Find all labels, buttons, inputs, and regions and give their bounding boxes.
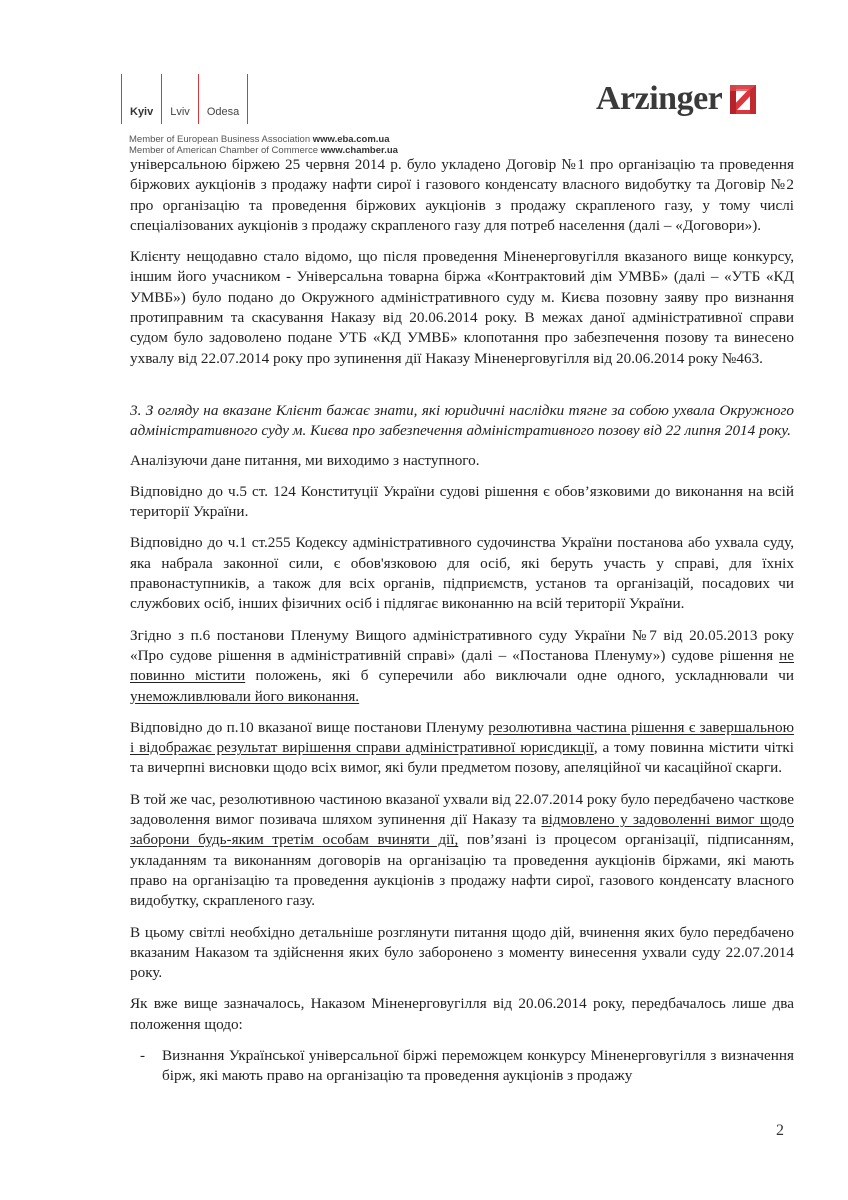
logo-text: Arzinger xyxy=(596,80,722,118)
paragraph: Відповідно до п.10 вказаної вище постано… xyxy=(130,718,794,779)
paragraph: Як вже вище зазначалось, Наказом Міненер… xyxy=(130,994,794,1035)
paragraph: Аналізуючи дане питання, ми виходимо з н… xyxy=(130,451,794,471)
city-kyiv: Kyiv xyxy=(122,106,161,124)
city-odesa: Odesa xyxy=(199,106,247,124)
page-number: 2 xyxy=(776,1122,784,1140)
section-heading: 3. З огляду на вказане Клієнт бажає знат… xyxy=(130,401,794,442)
office-cities: Kyiv Lviv Odesa xyxy=(121,74,248,124)
membership-eba: Member of European Business Association … xyxy=(129,134,398,145)
bullet-dash: - xyxy=(130,1046,162,1087)
paragraph: Відповідно до ч.5 ст. 124 Конституції Ук… xyxy=(130,482,794,523)
eba-link[interactable]: www.eba.com.ua xyxy=(313,134,390,145)
city-lviv: Lviv xyxy=(162,106,198,124)
paragraph: Клієнту нещодавно стало відомо, що після… xyxy=(130,247,794,369)
arzinger-z-mark-icon xyxy=(728,82,758,116)
document-body: універсальною біржею 25 червня 2014 р. б… xyxy=(130,155,794,1087)
paragraph: Згідно з п.6 постанови Пленуму Вищого ад… xyxy=(130,626,794,707)
underlined-text: унеможливлювали його виконання. xyxy=(130,688,359,705)
membership-info: Member of European Business Association … xyxy=(129,134,398,156)
paragraph: В цьому світлі необхідно детальніше розг… xyxy=(130,923,794,984)
list-item: - Визнання Української універсальної бір… xyxy=(130,1046,794,1087)
document-page: Kyiv Lviv Odesa Member of European Busin… xyxy=(0,0,848,1200)
paragraph: Відповідно до ч.1 ст.255 Кодексу адмініс… xyxy=(130,533,794,614)
divider xyxy=(247,74,248,124)
list-item-text: Визнання Української універсальної біржі… xyxy=(162,1046,794,1087)
paragraph: універсальною біржею 25 червня 2014 р. б… xyxy=(130,155,794,236)
paragraph: В той же час, резолютивною частиною вказ… xyxy=(130,790,794,912)
arzinger-logo: Arzinger xyxy=(596,80,758,118)
